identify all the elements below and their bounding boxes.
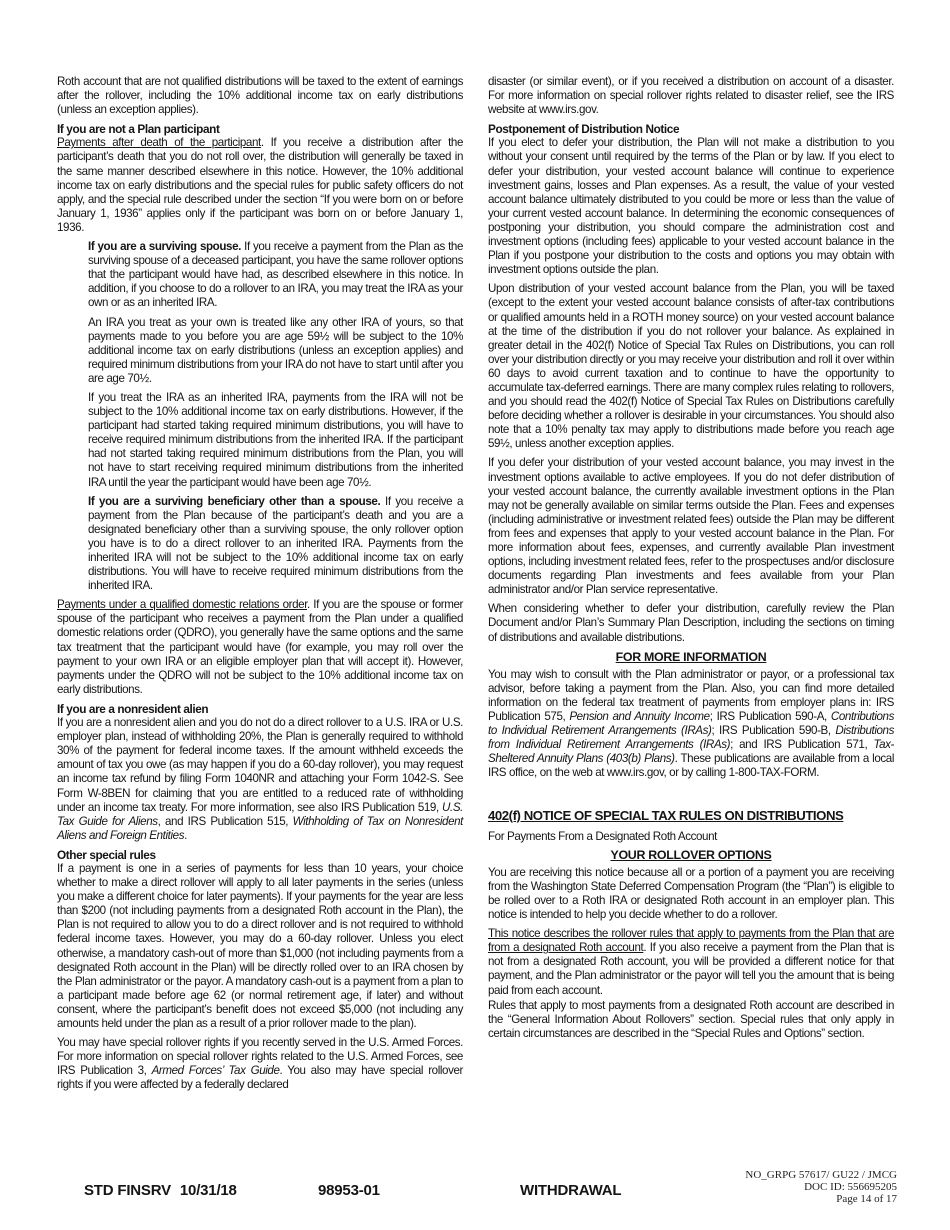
paragraph-text: If you are a nonresident alien and you d… bbox=[57, 716, 463, 814]
bold-lead: If you are a surviving beneficiary other… bbox=[88, 495, 380, 508]
footer-form-date: 10/31/18 bbox=[180, 1182, 237, 1199]
indented-block-surviving-spouse: If you are a surviving spouse. If you re… bbox=[88, 240, 463, 593]
heading-postponement: Postponement of Distribution Notice bbox=[488, 122, 894, 136]
heading-nonresident-alien: If you are a nonresident alien bbox=[57, 702, 463, 716]
left-column: Roth account that are not qualified dist… bbox=[57, 75, 463, 1097]
underlined-lead: Payments after death of the participant bbox=[57, 136, 261, 149]
document-body: Roth account that are not qualified dist… bbox=[57, 75, 894, 1097]
footer-plan-code: 98953-01 bbox=[318, 1182, 380, 1199]
paragraph-upon-distribution: Upon distribution of your vested account… bbox=[488, 282, 894, 451]
paragraph-text: ; and IRS Publication 571, bbox=[730, 738, 873, 751]
paragraph-armed-forces: You may have special rollover rights if … bbox=[57, 1036, 463, 1092]
footer-page-number: Page 14 of 17 bbox=[745, 1194, 897, 1206]
footer-doc-type: WITHDRAWAL bbox=[520, 1182, 621, 1199]
bold-lead: If you are a surviving spouse. bbox=[88, 240, 241, 253]
heading-your-rollover-options: YOUR ROLLOVER OPTIONS bbox=[488, 848, 894, 862]
paragraph-more-information: You may wish to consult with the Plan ad… bbox=[488, 668, 894, 781]
paragraph-surviving-spouse: If you are a surviving spouse. If you re… bbox=[88, 240, 463, 310]
heading-not-plan-participant: If you are not a Plan participant bbox=[57, 122, 463, 136]
paragraph-when-considering: When considering whether to defer your d… bbox=[488, 602, 894, 644]
paragraph-nonresident-alien: If you are a nonresident alien and you d… bbox=[57, 716, 463, 843]
heading-402f-notice: 402(f) NOTICE OF SPECIAL TAX RULES ON DI… bbox=[488, 809, 894, 823]
paragraph-text: If you receive a payment from the Plan b… bbox=[88, 495, 463, 593]
italic-publication-title: Pension and Annuity Income bbox=[569, 710, 709, 723]
paragraph-payments-after-death: Payments after death of the participant.… bbox=[57, 136, 463, 235]
italic-publication-title: Armed Forces’ Tax Guide bbox=[152, 1064, 280, 1077]
subtitle-designated-roth: For Payments From a Designated Roth Acco… bbox=[488, 830, 894, 844]
paragraph-disaster: disaster (or similar event), or if you r… bbox=[488, 75, 894, 117]
paragraph-text: . If you receive a distribution after th… bbox=[57, 136, 463, 234]
paragraph-text: . bbox=[184, 829, 187, 842]
paragraph-defer-invest: If you defer your distribution of your v… bbox=[488, 456, 894, 597]
paragraph-receiving-notice: You are receiving this notice because al… bbox=[488, 866, 894, 922]
paragraph-inherited-ira: If you treat the IRA as an inherited IRA… bbox=[88, 391, 463, 490]
footer-doc-info: NO_GRPG 57617/ GU22 / JMCG DOC ID: 55669… bbox=[745, 1170, 897, 1205]
paragraph-surviving-beneficiary: If you are a surviving beneficiary other… bbox=[88, 495, 463, 594]
paragraph-notice-describes: This notice describes the rollover rules… bbox=[488, 927, 894, 997]
paragraph-text: ; IRS Publication 590-B, bbox=[711, 724, 835, 737]
heading-for-more-information: FOR MORE INFORMATION bbox=[488, 650, 894, 664]
footer-form-id: STD FINSRV10/31/18 bbox=[84, 1182, 237, 1199]
paragraph-other-special-rules: If a payment is one in a series of payme… bbox=[57, 862, 463, 1031]
document-page: Roth account that are not qualified dist… bbox=[0, 0, 950, 1230]
footer-doc-id: DOC ID: 556695205 bbox=[745, 1182, 897, 1194]
paragraph-text: , and IRS Publication 515, bbox=[158, 815, 293, 828]
underlined-lead: Payments under a qualified domestic rela… bbox=[57, 598, 307, 611]
paragraph-qdro: Payments under a qualified domestic rela… bbox=[57, 598, 463, 697]
paragraph-text: . If you are the spouse or former spouse… bbox=[57, 598, 463, 696]
footer-form-label: STD FINSRV bbox=[84, 1182, 171, 1199]
paragraph-rules-apply: Rules that apply to most payments from a… bbox=[488, 999, 894, 1041]
paragraph-roth-account: Roth account that are not qualified dist… bbox=[57, 75, 463, 117]
paragraph-text: ; IRS Publication 590-A, bbox=[710, 710, 831, 723]
paragraph-defer-distribution: If you elect to defer your distribution,… bbox=[488, 136, 894, 277]
heading-other-special-rules: Other special rules bbox=[57, 848, 463, 862]
right-column: disaster (or similar event), or if you r… bbox=[488, 75, 894, 1097]
paragraph-own-ira: An IRA you treat as your own is treated … bbox=[88, 316, 463, 386]
